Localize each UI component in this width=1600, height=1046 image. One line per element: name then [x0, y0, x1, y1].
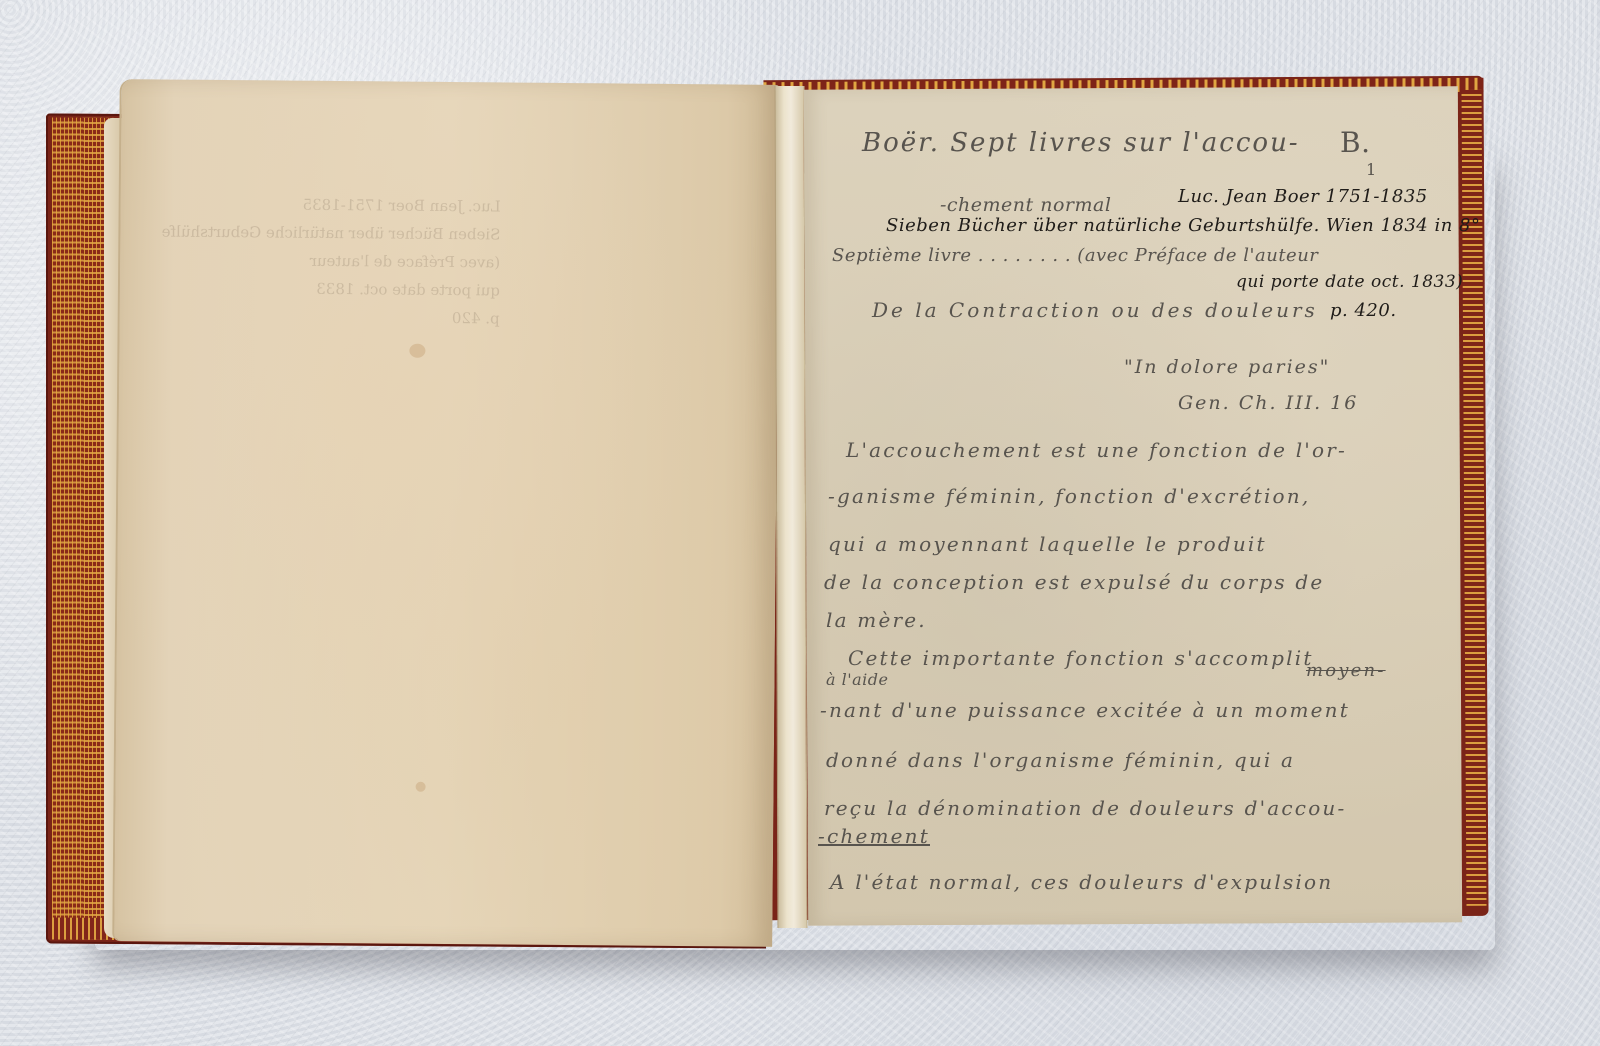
page-reference: p. 420. — [1330, 300, 1397, 321]
epigraph-citation: Gen. Ch. III. 16 — [1178, 392, 1358, 414]
interlinear-insertion: à l'aide — [826, 670, 889, 689]
corner-mark: B. — [1340, 126, 1370, 159]
foxing-stain — [409, 344, 425, 358]
epigraph-quote: "In dolore paries" — [1124, 356, 1330, 378]
ghost-line: p. 420 — [452, 309, 500, 327]
bleed-through-text: Luc. Jean Boer 1751-1835 Sieben Bücher ü… — [160, 189, 501, 332]
body-line: qui a moyennant laquelle le produit — [828, 532, 1267, 556]
preface-date: qui porte date oct. 1833) — [1236, 272, 1463, 292]
heading-line-2: -chement normal — [940, 194, 1111, 216]
body-line: Cette importante fonction s'accomplit — [848, 646, 1314, 670]
open-book: Luc. Jean Boer 1751-1835 Sieben Bücher ü… — [0, 0, 1600, 1046]
body-line: -ganisme féminin, fonction d'excrétion, — [828, 484, 1310, 508]
book-gutter-hinge — [775, 86, 808, 928]
foxing-stain — [416, 782, 426, 792]
page-number: 1 — [1366, 160, 1377, 179]
heading-line-1: Boër. Sept livres sur l'accou- — [862, 128, 1300, 158]
chapter-title: De la Contraction ou des douleurs — [872, 298, 1318, 322]
seventh-book-line: Septième livre . . . . . . . . (avec Pré… — [832, 245, 1318, 266]
body-line: de la conception est expulsé du corps de — [824, 570, 1324, 594]
body-line: A l'état normal, ces douleurs d'expulsio… — [830, 870, 1333, 894]
ghost-line: (avec Préface de l'auteur — [310, 252, 501, 272]
body-line: reçu la dénomination de douleurs d'accou… — [824, 796, 1346, 820]
body-line: L'accouchement est une fonction de l'or- — [846, 438, 1347, 462]
left-page: Luc. Jean Boer 1751-1835 Sieben Bücher ü… — [114, 79, 779, 947]
german-title: Sieben Bücher über natürliche Geburtshül… — [886, 215, 1481, 236]
body-line: la mère. — [826, 608, 927, 632]
struck-word: moyen- — [1306, 660, 1386, 681]
body-line: -chement — [818, 824, 930, 848]
ghost-line: qui porte date oct. 1833 — [316, 280, 500, 300]
gilt-border-right — [1462, 90, 1487, 906]
ghost-line: Luc. Jean Boer 1751-1835 — [302, 196, 500, 216]
body-line: donné dans l'organisme féminin, qui a — [826, 748, 1295, 772]
struck-word-text: moyen- — [1306, 660, 1386, 681]
body-line: -nant d'une puissance excitée à un momen… — [820, 698, 1350, 722]
ghost-line: Sieben Bücher über natürliche Geburtshül… — [162, 222, 501, 243]
author-reference: Luc. Jean Boer 1751-1835 — [1178, 186, 1428, 207]
